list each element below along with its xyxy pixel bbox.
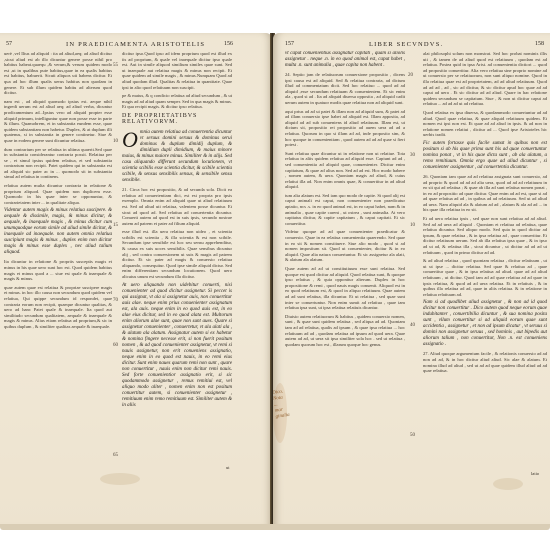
section-title: DE PROPRIETATIBVS RELATIVORVM.	[122, 114, 232, 125]
margin-line-number: 10	[113, 139, 118, 144]
paragraph: & ad aliud relatiua , quod quoniam relat…	[423, 258, 547, 297]
paragraph: 27. Aliud quoque argumentum facile , & r…	[423, 351, 547, 373]
paragraph: Videtur quoque ad ad quae conuenienter p…	[285, 229, 405, 263]
drop-cap-initial: O	[122, 131, 138, 149]
paper-stain	[493, 478, 523, 490]
aristotle-text-italic: At uero aliquando non uidebitur conuerti…	[122, 283, 232, 409]
aristotle-text-italic: Omnia autem relatiua ad conuertentia dic…	[122, 130, 232, 184]
paragraph: dicitur ipso.Quod ipso ad idem proprium …	[122, 51, 232, 90]
aristotle-text-italic: vt caput conuenientius assignatur capita…	[285, 51, 405, 69]
margin-line-number: 10	[410, 223, 415, 228]
catchword: ut	[226, 465, 230, 470]
paragraph: nam est , ad aliquid quomodo ipsius est.…	[4, 99, 112, 144]
margin-line-number: 50	[410, 433, 415, 438]
paragraph: Quod relatiua ex ipsa diuersa, & quodamm…	[423, 110, 547, 138]
paragraph: esse illud est. illa uera relatiua non u…	[122, 229, 232, 279]
right-page: 157 LIBER SECVNDVS. 158 vt caput conueni…	[273, 33, 550, 527]
margin-line-number: 15	[113, 223, 118, 228]
paragraph: alai philosophi solum non monstrat. Sed …	[423, 51, 547, 107]
aristotle-text-italic: Videntur autem magis & minus relatiua su…	[4, 208, 112, 256]
paragraph: dum contrarium per se relatiua in ultima…	[4, 147, 112, 181]
paragraph: relatiua autem multa dicuntur contraria …	[4, 183, 112, 205]
margin-line-number: 60	[113, 343, 118, 348]
paragraph: 21. Circa hoc est propositio, & ad secun…	[122, 187, 232, 226]
book-bottom-edge	[0, 524, 550, 530]
aristotle-text-italic: Fic autem fortasse quis facile sumat in …	[423, 141, 547, 171]
paragraph: quae autem quae est relatiua & propriae …	[4, 285, 112, 330]
aristotle-text-italic: Nam si ad quodlibet aliud assignetur , &…	[423, 300, 547, 348]
paragraph: Ita dicuntur in relatione & propriis sus…	[4, 259, 112, 281]
paragraph: Sunt relatiua quae dicuntur ut in relati…	[285, 151, 405, 190]
paragraph: Quae autem ad ad ut constitutiuum esse s…	[285, 266, 405, 311]
paragraph: tum alia alatum est. Sed iam quo modo de…	[285, 193, 405, 227]
paragraph: Et ad uera relatiua ipsis , sed quae non…	[423, 216, 547, 255]
left-page-folio: 156	[224, 41, 233, 47]
margin-line-number: 55	[113, 63, 118, 68]
right-page-folio-left: 157	[285, 41, 294, 47]
paper-stain	[100, 473, 140, 485]
paragraph: 26. Quoniam iam quae ad ad relatiua assi…	[423, 174, 547, 213]
margin-line-number: 70	[113, 298, 118, 303]
paragraph: pe & maius, & q condicio relatiua ad ali…	[122, 93, 232, 110]
margin-line-number: 30	[410, 153, 415, 158]
right-column-2: alai philosophi solum non monstrat. Sed …	[423, 51, 547, 471]
catchword: latio	[531, 471, 539, 476]
right-running-head: LIBER SECVNDVS.	[369, 41, 443, 48]
right-page-folio-right: 158	[535, 41, 544, 47]
open-book: 57 IN PRAEDICAMENTA ARISTOTELIS 156 uerè…	[0, 33, 550, 527]
left-column-2: dicitur ipso.Quod ipso ad idem proprium …	[122, 51, 232, 451]
margin-line-number: 65	[113, 453, 118, 458]
paragraph: Diuisio autem relatiuorum & habitus , qu…	[285, 314, 405, 348]
paragraph: aqui prius ad ad ui patet & illam non ad…	[285, 109, 405, 148]
left-page-folio-margin: 57	[6, 41, 12, 47]
margin-line-number: 20	[408, 73, 413, 78]
paragraph: 24. Septio jam de relatiuorum conuersion…	[285, 72, 405, 106]
right-column-1: vt caput conuenientius assignatur capita…	[285, 51, 405, 469]
left-page: 57 IN PRAEDICAMENTA ARISTOTELIS 156 uerè…	[0, 33, 272, 527]
left-column-1: uerè ,vel Ilius ad aliquid : ita ad aliu…	[4, 51, 112, 333]
paper-stain	[273, 383, 287, 443]
paragraph: uerè ,vel Ilius ad aliquid : ita ad aliu…	[4, 51, 112, 96]
margin-line-number: 40	[410, 323, 415, 328]
left-running-head: IN PRAEDICAMENTA ARISTOTELIS	[66, 41, 205, 48]
